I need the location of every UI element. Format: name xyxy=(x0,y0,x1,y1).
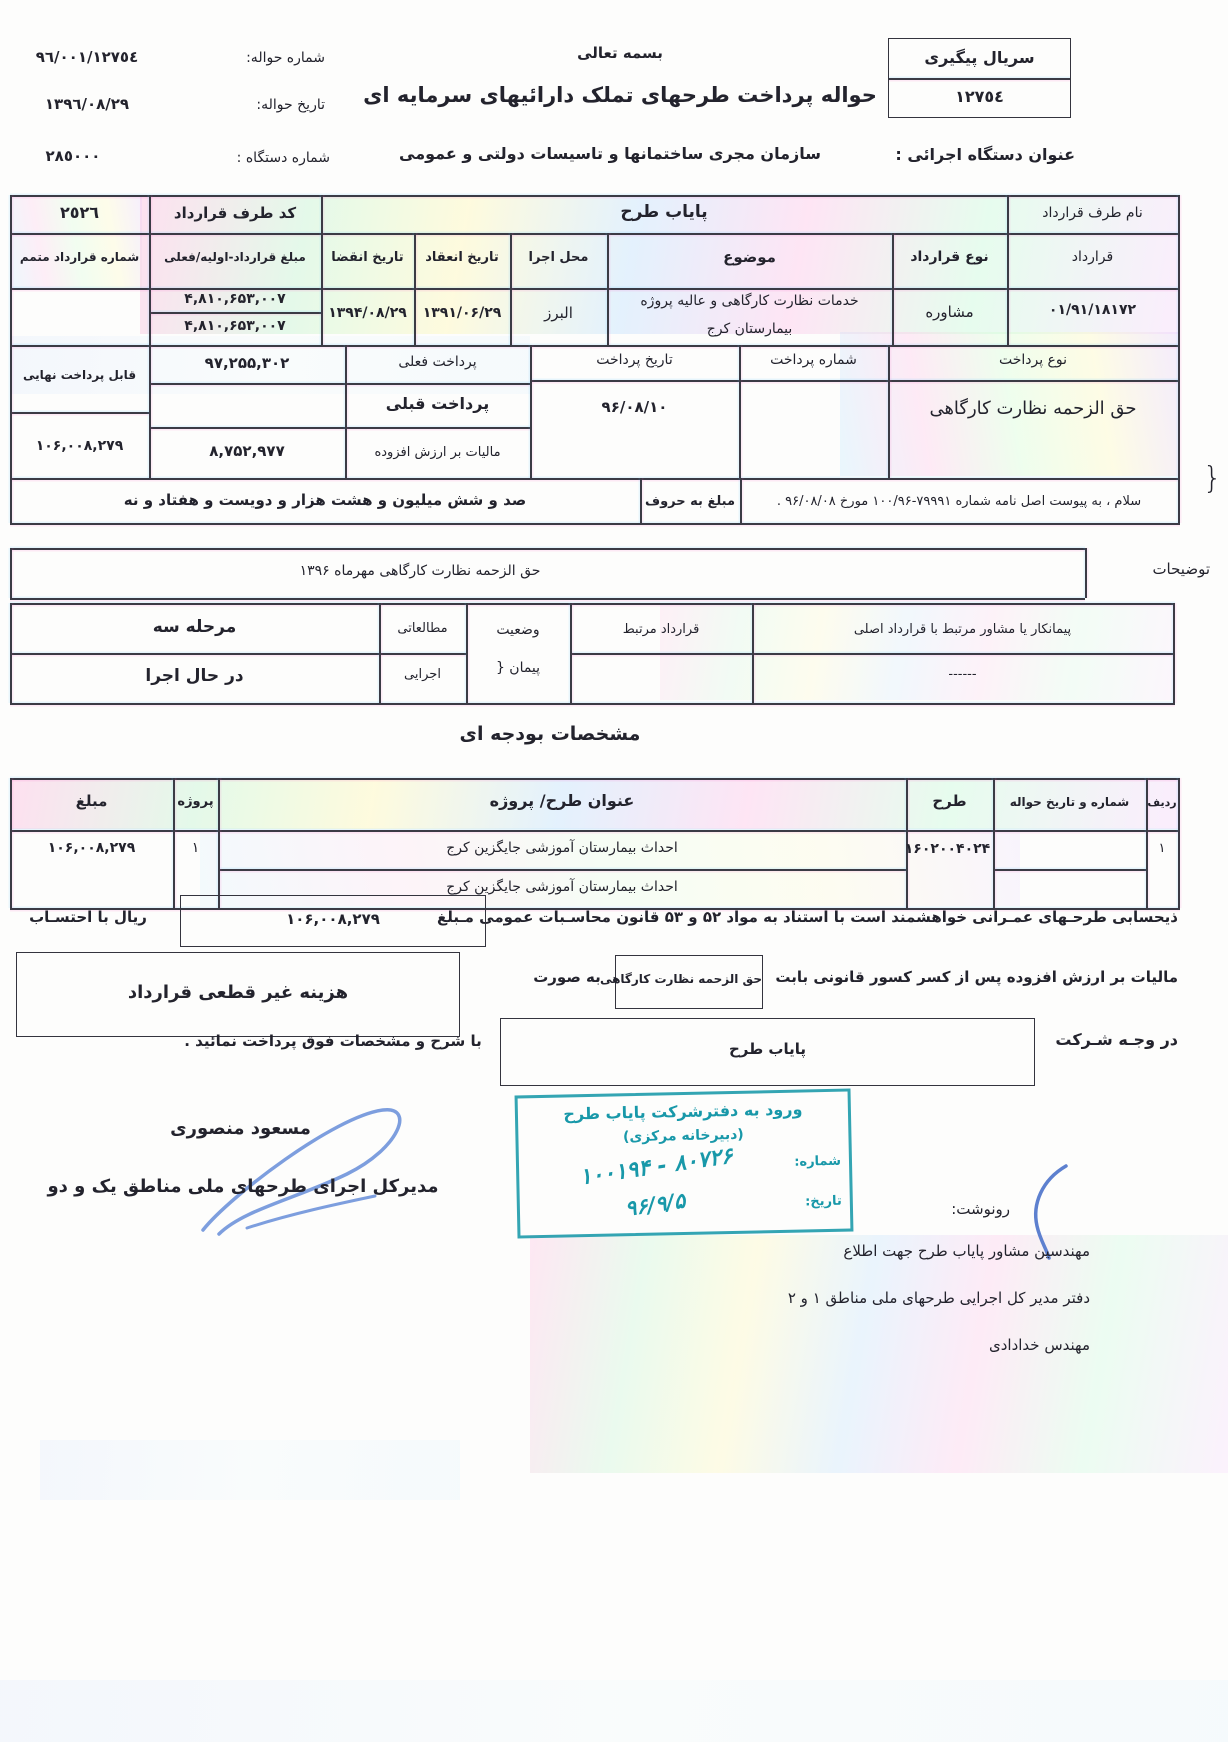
execution-location-header: محل اجرا xyxy=(510,250,607,266)
budget-ref-header: شماره و تاریخ حواله xyxy=(993,795,1146,810)
budget-project-header: پروژه xyxy=(173,794,218,810)
scanned-payment-order-document: بسمه تعالی حواله پرداخت طرحهای تملک دارا… xyxy=(0,0,1228,1742)
stamp-line2: (دبیرخانه مرکزی) xyxy=(518,1125,848,1149)
remarks-box-line xyxy=(10,598,1085,600)
serial-label: شماره حواله: xyxy=(215,50,325,68)
previous-payment-label: پرداخت قبلی xyxy=(345,394,530,414)
payment-type-header: نوع پرداخت xyxy=(888,352,1178,370)
related-contract-label: قرارداد مرتبط xyxy=(570,622,752,638)
cc-label: رونوشت: xyxy=(905,1200,1010,1219)
contract-amount-header: مبلغ قرارداد-اولیه/فعلی xyxy=(149,250,321,265)
remarks-box-line xyxy=(10,548,12,598)
supplement-contract-no-header: شماره قرارداد متمم xyxy=(10,250,149,265)
device-number-value: ٢٨٥٠٠٠ xyxy=(18,147,128,166)
vat-label: مالیات بر ارزش افزوده xyxy=(345,445,530,461)
final-payable-value: ۱۰۶,۰۰۸,۲۷۹ xyxy=(10,438,149,456)
contract-party-name-label: نام طرف قرارداد xyxy=(1007,205,1178,223)
contract-amount-initial: ۴,۸۱۰,۶۵۳,۰۰۷ xyxy=(149,291,321,309)
signatory-title: مدیرکل اجرای طرحهای ملی مناطق یک و دو xyxy=(38,1176,448,1199)
signing-date-header: تاریخ انعقاد xyxy=(414,250,510,266)
device-number-label: شماره دستگاه : xyxy=(205,150,330,168)
handwritten-brace-mark: { xyxy=(1186,460,1222,498)
contract-party-code-value: ٢٥٢٦ xyxy=(10,203,149,223)
budget-amount-value: ۱۰۶,۰۰۸,۲۷۹ xyxy=(10,840,173,858)
subject-line2: بیمارستان کرج xyxy=(607,321,892,339)
contract-party-name-value: پایاب طرح xyxy=(321,202,1007,223)
bismillah: بسمه تعالی xyxy=(450,44,790,63)
stamp-date-handwritten: ۹۶/۹/۵ xyxy=(560,1190,751,1220)
stamp-line1: ورود به دفترشرکت پایاب طرح xyxy=(518,1099,848,1126)
budget-plan-value: ۱۶۰۲۰۰۴۰۲۴ xyxy=(890,841,1005,859)
serial-value: ٩٦/٠٠١/١٢٧٥٤ xyxy=(12,48,162,67)
voucher-date-label: تاریخ حواله: xyxy=(215,97,325,115)
contract-type-value: مشاوره xyxy=(892,303,1007,322)
tracking-box-divider xyxy=(889,78,1070,80)
table-grid-line xyxy=(10,288,1180,290)
document-title: حواله پرداخت طرحهای تملک دارائیهای سرمای… xyxy=(300,82,940,108)
budget-grid-line xyxy=(10,778,1180,780)
budget-grid-line xyxy=(10,830,1180,832)
table-grid-line xyxy=(10,195,1180,197)
payment-number-header: شماره پرداخت xyxy=(739,352,888,370)
remarks-label: توضیحات xyxy=(1095,560,1210,579)
budget-plan-header: طرح xyxy=(906,792,993,811)
payee-label: در وجـه شـرکت xyxy=(1035,1030,1178,1050)
voucher-date-value: ١٣٩٦/٠٨/٢٩ xyxy=(22,95,152,114)
instruction-line2: مالیات بر ارزش افزوده پس از کسر کسور قان… xyxy=(765,968,1178,987)
scan-artifact xyxy=(660,604,1175,700)
tracking-serial-value: ١٢٧٥٤ xyxy=(890,87,1069,107)
contract-type-header: نوع قرارداد xyxy=(892,249,1007,267)
scan-artifact xyxy=(0,1680,1228,1742)
table-grid-line xyxy=(149,195,151,478)
agency-title-label: عنوان دستگاه اجرائی : xyxy=(870,145,1075,165)
table-grid-line xyxy=(1178,195,1180,523)
contract-party-code-label: کد طرف قرارداد xyxy=(149,204,321,223)
payee-name-value: پایاب طرح xyxy=(502,1040,1033,1059)
instruction-closing: با شرح و مشخصات فوق پرداخت نمائید . xyxy=(168,1032,498,1051)
contract-no-value: ۰۱/۹۱/۱۸۱۷۲ xyxy=(1007,302,1178,320)
budget-section-title: مشخصات بودجه ای xyxy=(350,723,750,747)
amount-in-words-value: صد و شش میلیون و هشت هزار و دویست و هفتا… xyxy=(10,491,640,510)
cc-item: دفتر مدیر کل اجرایی طرحهای ملی مناطق ۱ و… xyxy=(580,1289,1090,1308)
budget-amount-header: مبلغ xyxy=(10,792,173,811)
stamp-date-label: تاریخ: xyxy=(782,1194,842,1212)
pact-state-label-line2: پیمان { xyxy=(466,660,570,678)
expiry-date-value: ۱۳۹۴/۰۸/۲۹ xyxy=(321,305,414,323)
tracking-serial-label: سریال پیگیری xyxy=(890,48,1069,68)
instruction-reason-value: حق الزحمه نظارت کارگاهی xyxy=(616,972,762,987)
final-payable-label: قابل پرداخت نهایی xyxy=(10,368,149,383)
status-grid-line xyxy=(10,653,466,655)
budget-title-header: عنوان طرح/ پروژه xyxy=(218,791,906,811)
pact-state-label-line1: وضعیت xyxy=(466,622,570,640)
instruction-line1-tail: ریال با احتسـاب xyxy=(12,908,164,927)
table-grid-line xyxy=(10,523,1180,525)
status-grid-line xyxy=(570,603,572,703)
office-entry-stamp: ورود به دفترشرکت پایاب طرح (دبیرخانه مرک… xyxy=(515,1088,854,1238)
related-party-label: پیمانکار یا مشاور مرتبط با قرارداد اصلی xyxy=(752,622,1173,638)
executing-org: سازمان مجری ساختمانها و تاسیسات دولتی و … xyxy=(300,144,920,164)
signing-date-value: ۱۳۹۱/۰۶/۲۹ xyxy=(414,305,510,323)
budget-row-number: ۱ xyxy=(1146,841,1178,857)
instruction-expense-value: هزینه غیر قطعی قرارداد xyxy=(18,982,458,1005)
status-execution-label: اجرایی xyxy=(379,667,466,683)
table-grid-line xyxy=(149,383,530,385)
payment-type-value: حق الزحمه نظارت کارگاهی xyxy=(888,398,1178,421)
attachment-note: سلام ، به پیوست اصل نامه شماره ۷۹۹۹۱-۱۰۰… xyxy=(740,494,1178,510)
remarks-box-line xyxy=(10,548,1085,550)
execution-location-value: البرز xyxy=(510,304,607,323)
amount-in-words-label: مبلغ به حروف xyxy=(640,494,740,510)
table-grid-line xyxy=(10,345,1180,347)
instruction-as-label: به صورت xyxy=(523,968,611,987)
status-grid-line xyxy=(10,603,1175,605)
table-grid-line xyxy=(530,380,1180,382)
table-grid-line xyxy=(10,478,1180,480)
contract-amount-current: ۴,۸۱۰,۶۵۳,۰۰۷ xyxy=(149,318,321,336)
vat-value: ۸,۷۵۲,۹۷۷ xyxy=(149,442,345,461)
status-grid-line xyxy=(570,653,1175,655)
instruction-amount-value: ۱۰۶,۰۰۸,۲۷۹ xyxy=(182,910,484,929)
table-grid-line xyxy=(10,233,1180,235)
status-grid-line xyxy=(752,603,754,703)
budget-title-row1: احداث بیمارستان آموزشی جایگزین کرج xyxy=(218,840,906,858)
subject-header: موضوع xyxy=(607,248,892,267)
scan-artifact xyxy=(40,1440,460,1500)
status-grid-line xyxy=(1173,603,1175,703)
budget-row-header: ردیف xyxy=(1146,796,1178,810)
budget-grid-line xyxy=(218,869,906,871)
cc-item: مهندسین مشاور پایاب طرح جهت اطلاع xyxy=(580,1242,1090,1261)
current-payment-value: ۹۷,۲۵۵,۳۰۲ xyxy=(149,354,345,373)
budget-grid-line xyxy=(993,869,1146,871)
table-grid-line xyxy=(149,427,530,429)
signatory-name: مسعود منصوری xyxy=(128,1118,353,1141)
phase-label: مرحله سه xyxy=(10,617,379,638)
budget-project-value: ۱ xyxy=(173,840,218,858)
contract-no-header: قرارداد xyxy=(1007,249,1178,267)
phase-status-value: در حال اجرا xyxy=(10,666,379,687)
status-grid-line xyxy=(466,603,468,703)
signature-scribble xyxy=(185,1078,425,1243)
current-payment-label: پرداخت فعلی xyxy=(345,354,530,372)
budget-title-row2: احداث بیمارستان آموزشی جایگزین کرج xyxy=(218,879,906,897)
status-grid-line xyxy=(10,703,1175,705)
table-grid-line xyxy=(10,195,12,523)
table-grid-line xyxy=(10,412,149,414)
stamp-number-value: ۸۰۷۲۶ - ۱۰۰۱۹۴ xyxy=(578,1143,735,1192)
cc-item: مهندس خدادادی xyxy=(580,1336,1090,1355)
stamp-number-label: شماره: xyxy=(781,1154,841,1172)
remarks-value: حق الزحمه نظارت کارگاهی مهرماه ۱۳۹۶ xyxy=(70,563,770,581)
payment-date-header: تاریخ پرداخت xyxy=(530,352,739,370)
stamp-number-handwritten: ۸۰۷۲۶ - ۱۰۰۱۹۴ xyxy=(529,1151,785,1184)
payment-date-value: ۹۶/۰۸/۱۰ xyxy=(530,398,739,417)
remarks-box-line xyxy=(1085,548,1087,598)
related-party-value: ------ xyxy=(752,667,1173,683)
expiry-date-header: تاریخ انقضا xyxy=(321,250,414,266)
budget-grid-line xyxy=(1178,778,1180,908)
status-grid-line xyxy=(379,603,381,703)
table-grid-line xyxy=(149,312,321,314)
status-study-label: مطالعاتی xyxy=(379,621,466,637)
stamp-date-value: ۹۶/۹/۵ xyxy=(623,1187,687,1222)
instruction-line1: ذیحسابی طرحـهای عمـرانی خواهشمند است با … xyxy=(490,908,1178,927)
subject-line1: خدمات نظارت کارگاهی و عالیه پروژه xyxy=(607,293,892,311)
